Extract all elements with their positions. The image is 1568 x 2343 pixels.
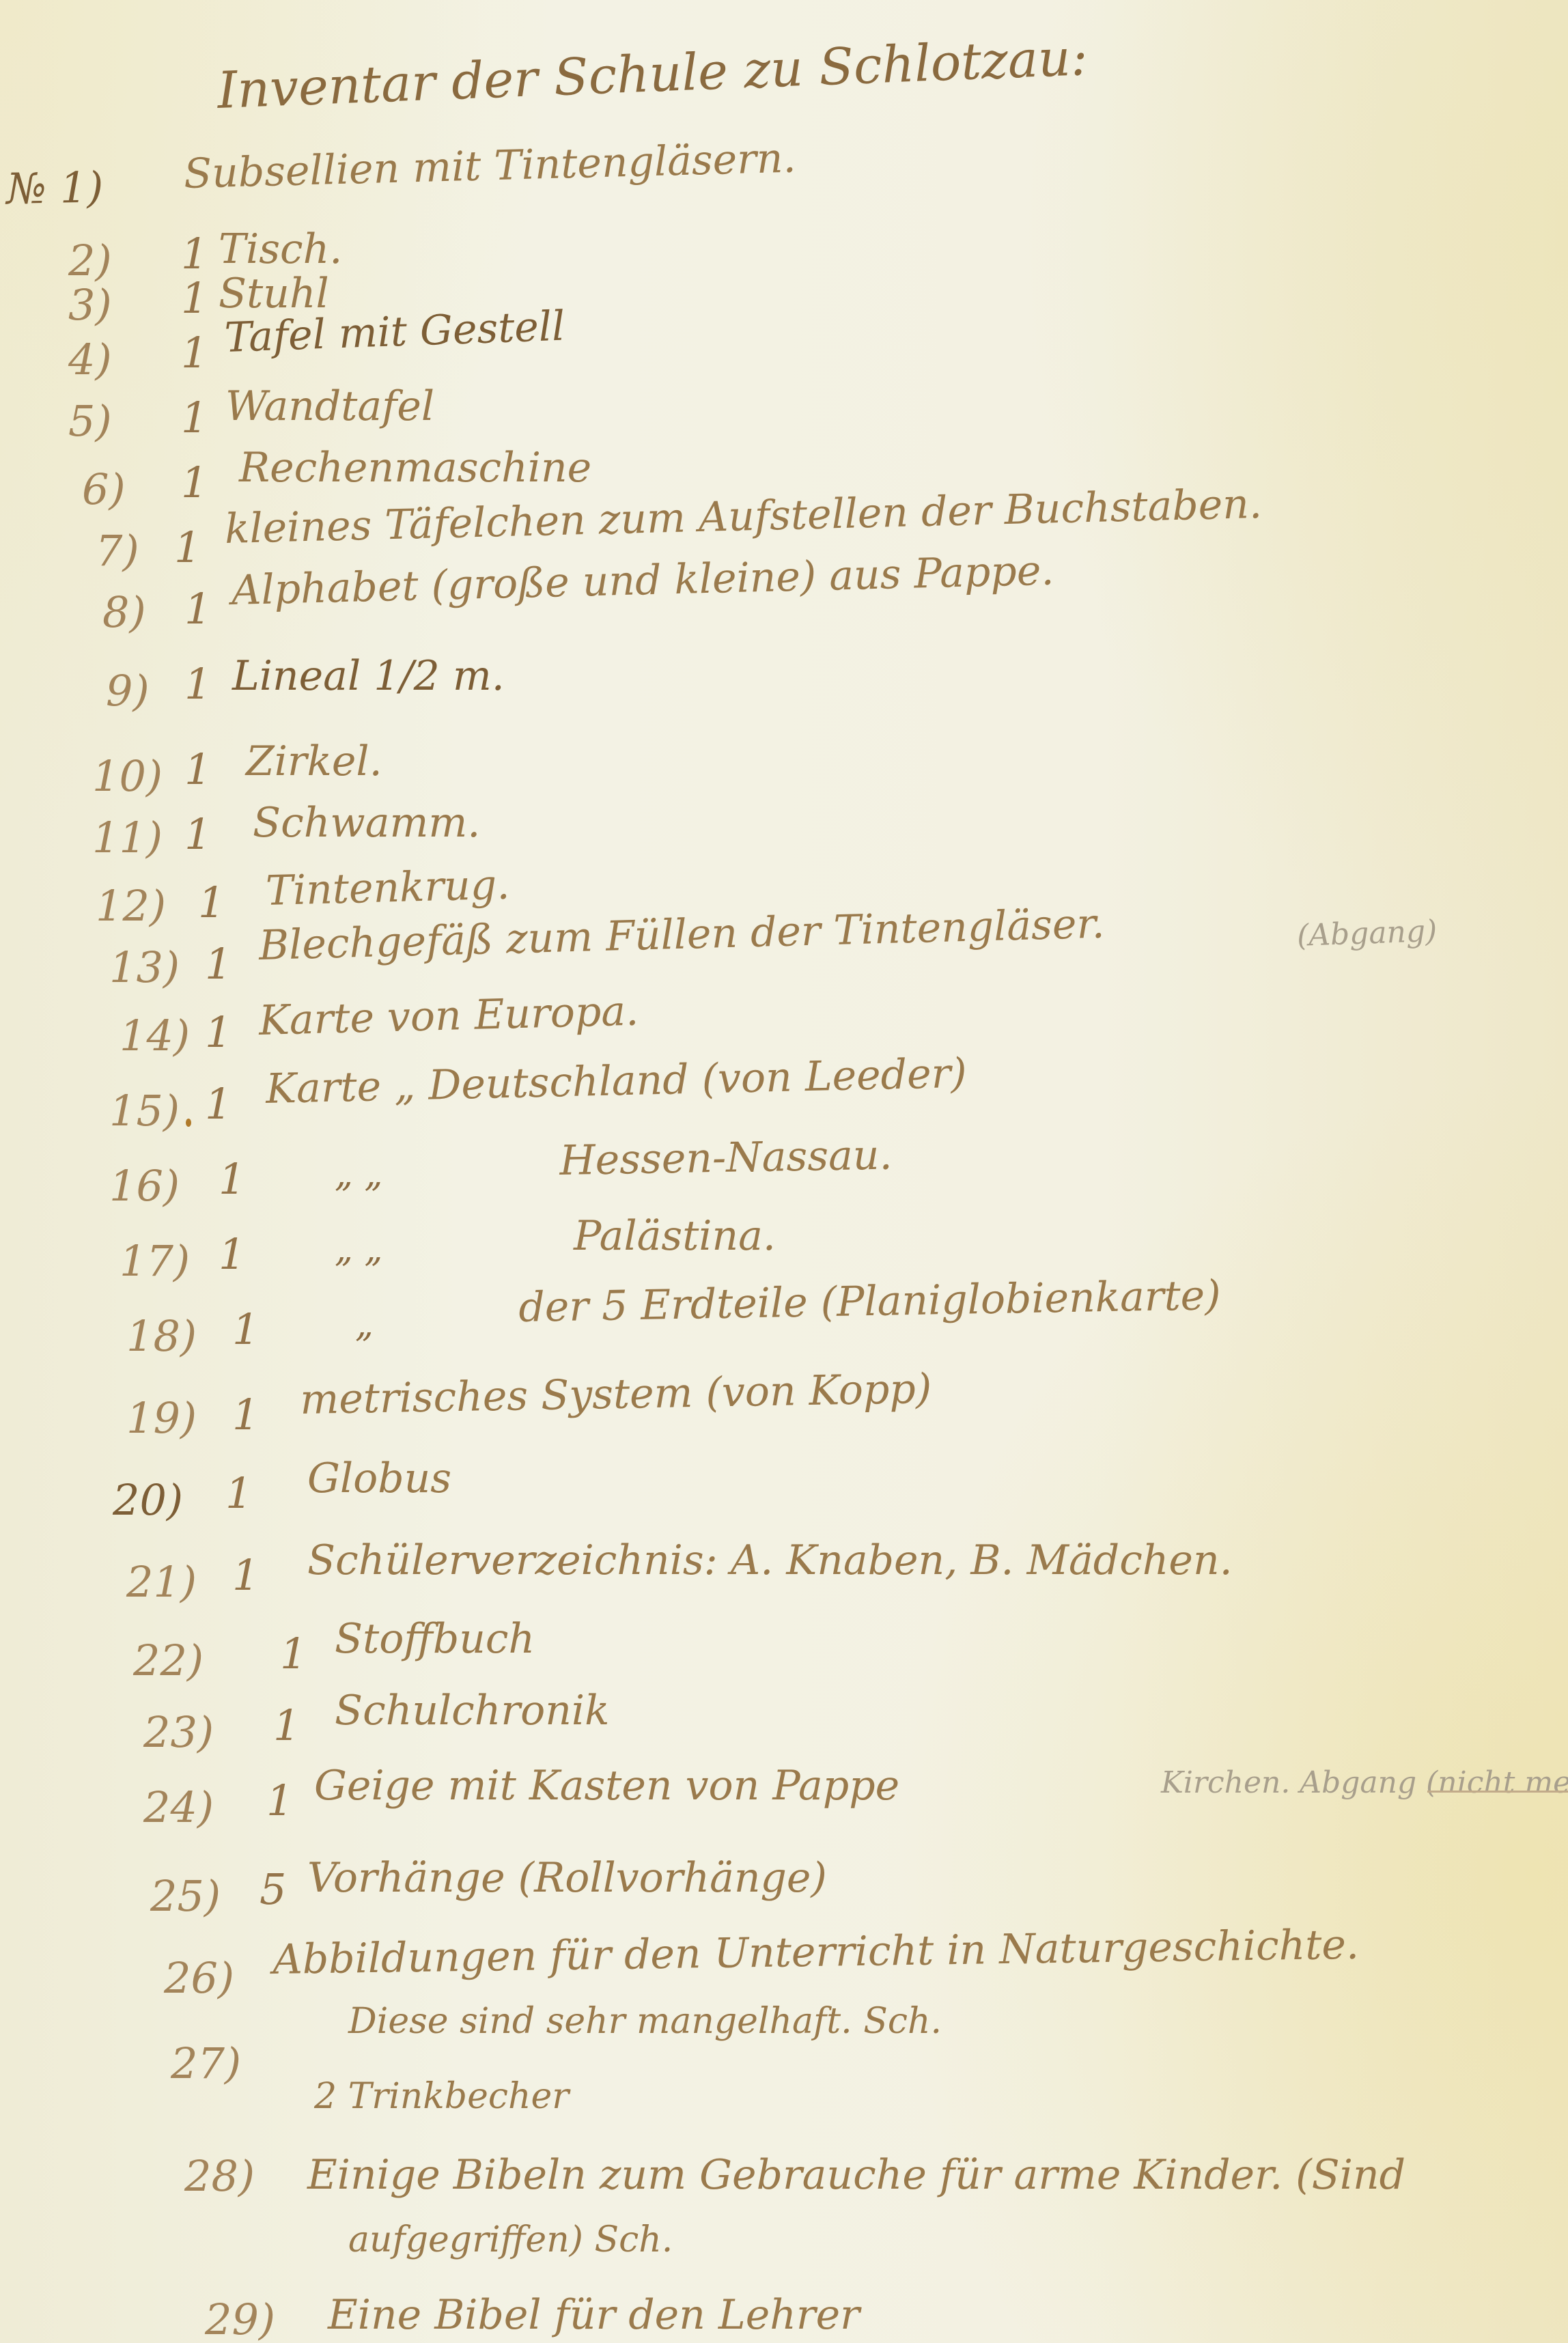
entry-text: Karte „ Deutschland (von Leeder) (265, 1050, 967, 1113)
ditto-marks: „ (355, 1304, 374, 1345)
entry-number: 12) (96, 881, 166, 931)
entry-text: Wandtafel (225, 382, 434, 430)
entry-quantity: 5 (260, 1864, 286, 1914)
entry-text: Palästina. (574, 1212, 776, 1260)
entry-quantity: 1 (181, 273, 208, 323)
entry-text: Schwamm. (253, 799, 480, 847)
entry-text: Lineal 1/2 m. (232, 652, 505, 700)
entry-number: 17) (120, 1236, 190, 1286)
entry-quantity: 1 (280, 1629, 307, 1679)
entry-number: 18) (126, 1311, 197, 1361)
entry-text: Alphabet (große und kleine) aus Pappe. (231, 547, 1054, 615)
entry-text: Tintenkrug. (265, 861, 510, 915)
manuscript-page: Inventar der Schule zu Schlotzau: № 1) S… (0, 0, 1568, 2343)
margin-note: Kirchen. Abgang (nicht mehr (1161, 1765, 1568, 1800)
entry-text: Einige Bibeln zum Gebrauche für arme Kin… (307, 2151, 1405, 2199)
ditto-marks: „ „ (335, 1154, 382, 1195)
margin-note: (Abgang) (1296, 914, 1438, 953)
entry-quantity: 1 (219, 1229, 245, 1279)
entry-quantity: 1 (181, 393, 208, 443)
entry-text: Karte von Europa. (258, 987, 639, 1045)
entry-quantity: 1 (205, 939, 232, 989)
entry-text: Globus (307, 1455, 451, 1502)
entry-number: 8) (102, 587, 146, 637)
entry-text: Stoffbuch (335, 1615, 535, 1663)
entry-number: 19) (126, 1393, 197, 1443)
entry-text: Geige mit Kasten von Pappe (314, 1762, 899, 1810)
entry-quantity: 1 (232, 1390, 259, 1440)
entry-number: 14) (120, 1011, 190, 1061)
entry-quantity: 1 (184, 584, 211, 634)
entry-number: 20) (113, 1475, 183, 1525)
entry-number: 16) (109, 1161, 180, 1211)
ditto-marks: „ „ (335, 1229, 382, 1270)
entry-quantity: 1 (205, 1079, 232, 1129)
entry-text: der 5 Erdteile (Planiglobienkarte) (518, 1272, 1221, 1332)
entry-number: 21) (126, 1557, 197, 1607)
entry-text: Vorhänge (Rollvorhänge) (307, 1854, 827, 1902)
entry-number: 25) (150, 1871, 221, 1921)
entry-number: 27) (171, 2038, 241, 2088)
entry-quantity: 1 (225, 1468, 252, 1518)
entry-number: 13) (109, 942, 180, 992)
entry-quantity: 1 (198, 878, 225, 927)
entry-text: Schulchronik (335, 1687, 609, 1735)
entry-number: 4) (68, 335, 112, 384)
entry-number: 23) (143, 1707, 214, 1757)
entry-quantity: 1 (205, 1007, 232, 1057)
entry-quantity: 1 (232, 1304, 259, 1354)
entry-text: 2 Trinkbecher (314, 2076, 569, 2117)
entry-quantity: 1 (181, 458, 208, 507)
page-title: Inventar der Schule zu Schlotzau: (216, 28, 1089, 120)
entry-quantity: 1 (273, 1700, 300, 1750)
entry-number: 3) (68, 280, 112, 330)
strikethrough-line (1427, 1791, 1568, 1793)
entry-number: 9) (106, 666, 150, 716)
entry-number: 7) (96, 526, 139, 576)
entry-text: Hessen-Nassau. (559, 1132, 893, 1185)
entry-number: 15) (109, 1086, 180, 1136)
entry-number: 29) (205, 2295, 275, 2343)
entry-text: Schülerverzeichnis: A. Knaben, B. Mädche… (307, 1537, 1233, 1584)
entry-quantity: 1 (219, 1154, 245, 1204)
entry-number: 28) (184, 2151, 255, 2201)
entry-quantity: 1 (184, 809, 211, 859)
entry-text: Subsellien mit Tintengläsern. (183, 135, 796, 198)
entry-quantity: 1 (232, 1550, 259, 1600)
ink-blot (186, 1119, 191, 1127)
entry-number: № 1) (6, 163, 104, 214)
entry-quantity: 1 (181, 328, 208, 378)
entry-quantity: 1 (181, 229, 208, 279)
entry-remark: aufgegriffen) Sch. (348, 2219, 673, 2260)
entry-text: Tisch. (219, 225, 342, 273)
entry-number: 6) (82, 464, 126, 514)
entry-quantity: 1 (266, 1776, 293, 1825)
entry-number: 2) (68, 236, 112, 285)
entry-text: Abbildungen für den Unterricht in Naturg… (272, 1921, 1359, 1984)
entry-number: 10) (92, 751, 163, 801)
entry-number: 24) (143, 1782, 214, 1832)
entry-text: Zirkel. (246, 738, 382, 785)
entry-quantity: 1 (184, 744, 211, 794)
entry-quantity: 1 (184, 659, 211, 709)
entry-number: 11) (92, 813, 163, 862)
entry-text: Rechenmaschine (239, 444, 591, 492)
entry-number: 22) (133, 1636, 204, 1685)
entry-number: 26) (164, 1953, 234, 2003)
entry-quantity: 1 (174, 522, 201, 572)
entry-text: metrisches System (von Kopp) (300, 1365, 932, 1424)
entry-number: 5) (68, 396, 112, 446)
entry-remark: Diese sind sehr mangelhaft. Sch. (348, 2001, 942, 2042)
entry-text: Eine Bibel für den Lehrer (328, 2291, 860, 2339)
